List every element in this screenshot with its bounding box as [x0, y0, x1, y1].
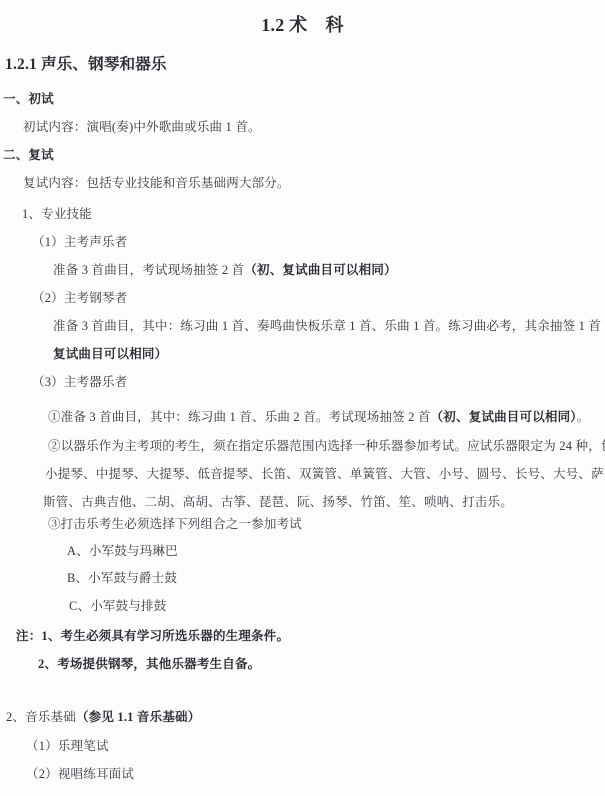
first-exam-content: 初试内容：演唱(奏)中外歌曲或乐曲 1 首。 [23, 119, 261, 135]
doc-text-segment: A、小军鼓与玛琳巴 [67, 544, 178, 558]
doc-text-segment: 初试内容：演唱(奏)中外歌曲或乐曲 1 首。 [23, 120, 261, 134]
doc-title: 1.2 术 科 [0, 14, 605, 36]
doc-text-segment: （1）主考声乐者 [32, 235, 127, 249]
doc-text-segment: （2）主考钢琴者 [32, 291, 127, 305]
foundation-ear-test: （2）视唱练耳面试 [26, 766, 134, 782]
doc-text-segment: ③打击乐考生必须选择下列组合之一参加考试 [48, 517, 302, 531]
doc-text-segment: B、小军鼓与爵士鼓 [67, 571, 177, 585]
doc-text-segment: 斯管、古典吉他、二胡、高胡、古筝、琵琶、阮、扬琴、竹笛、笙、唢呐、打击乐。 [43, 495, 513, 509]
doc-text-segment: 1.2.1 声乐、钢琴和器乐 [5, 56, 167, 73]
doc-text-segment: 准备 3 首曲目，其中：练习曲 1 首、奏鸣曲快板乐章 1 首、乐曲 1 首。练… [53, 319, 601, 333]
doc-text-segment: 复试内容：包括专业技能和音乐基础两大部分。 [23, 176, 290, 190]
item-music-foundation: 2、音乐基础（参见 1.1 音乐基础） [6, 709, 200, 725]
doc-text-segment: ①准备 3 首曲目，其中：练习曲 1 首、乐曲 2 首。考试现场抽签 2 首 [48, 410, 431, 424]
doc-text-segment: 一、初试 [3, 92, 54, 106]
doc-text-segment: 复试曲目可以相同） [53, 347, 167, 361]
doc-text-segment: （初、复试曲目可以相同） [431, 410, 577, 424]
doc-text-segment: 注：1、考生必须具有学习所选乐器的生理条件。 [16, 629, 289, 643]
item-piano: （2）主考钢琴者 [32, 290, 127, 306]
doc-text-segment: 。 [577, 410, 590, 424]
section-heading: 1.2.1 声乐、钢琴和器乐 [5, 55, 167, 75]
instrument-detail-2-line2: 小提琴、中提琴、大提琴、低音提琴、长笛、双簧管、单簧管、大管、小号、圆号、长号、… [45, 466, 605, 482]
doc-text-segment: 2、考场提供钢琴，其他乐器考生自备。 [38, 657, 260, 671]
instrument-detail-2-line3: 斯管、古典吉他、二胡、高胡、古筝、琵琶、阮、扬琴、竹笛、笙、唢呐、打击乐。 [43, 494, 513, 510]
instrument-detail-2-line1: ②以器乐作为主考项的考生，须在指定乐器范围内选择一种乐器参加考试。应试乐器限定为… [48, 438, 605, 454]
doc-text-segment: 准备 3 首曲目，考试现场抽签 2 首 [53, 263, 244, 277]
doc-text-segment: 1.2 术 科 [261, 15, 343, 35]
item-professional-skill: 1、专业技能 [22, 206, 92, 222]
document-page: 1.2 术 科1.2.1 声乐、钢琴和器乐一、初试初试内容：演唱(奏)中外歌曲或… [0, 0, 605, 796]
foundation-written-test: （1）乐理笔试 [26, 738, 109, 754]
doc-text-segment: 二、复试 [3, 148, 54, 162]
vocal-detail: 准备 3 首曲目，考试现场抽签 2 首（初、复试曲目可以相同） [53, 262, 397, 278]
doc-text-segment: ②以器乐作为主考项的考生，须在指定乐器范围内选择一种乐器参加考试。应试乐器限定为… [48, 439, 605, 453]
doc-text-segment: （2）视唱练耳面试 [26, 767, 134, 781]
doc-text-segment: C、小军鼓与排鼓 [69, 599, 166, 613]
instrument-detail-3: ③打击乐考生必须选择下列组合之一参加考试 [48, 516, 302, 532]
item-instrument: （3）主考器乐者 [32, 374, 127, 390]
note-2: 2、考场提供钢琴，其他乐器考生自备。 [38, 656, 260, 672]
piano-detail-line2: 复试曲目可以相同） [53, 346, 167, 362]
doc-text-segment: （3）主考器乐者 [32, 375, 127, 389]
percussion-option-a: A、小军鼓与玛琳巴 [67, 543, 178, 559]
second-exam-content: 复试内容：包括专业技能和音乐基础两大部分。 [23, 175, 290, 191]
doc-text-segment: （初、复试曲目可以相同） [244, 263, 396, 277]
doc-text-segment: （参见 1.1 音乐基础） [76, 710, 200, 724]
doc-text-segment: 1、专业技能 [22, 207, 92, 221]
piano-detail-line1: 准备 3 首曲目，其中：练习曲 1 首、奏鸣曲快板乐章 1 首、乐曲 1 首。练… [53, 318, 605, 334]
doc-text-segment: （1）乐理笔试 [26, 739, 109, 753]
percussion-option-b: B、小军鼓与爵士鼓 [67, 570, 177, 586]
doc-text-segment: 2、音乐基础 [6, 710, 76, 724]
percussion-option-c: C、小军鼓与排鼓 [69, 598, 166, 614]
doc-text-segment: （初、 [601, 319, 605, 333]
note-1: 注：1、考生必须具有学习所选乐器的生理条件。 [16, 628, 289, 644]
heading-second-exam: 二、复试 [3, 147, 54, 163]
heading-first-exam: 一、初试 [3, 91, 54, 107]
instrument-detail-1: ①准备 3 首曲目，其中：练习曲 1 首、乐曲 2 首。考试现场抽签 2 首（初… [48, 409, 589, 425]
doc-text-segment: 小提琴、中提琴、大提琴、低音提琴、长笛、双簧管、单簧管、大管、小号、圆号、长号、… [45, 467, 605, 481]
item-vocal: （1）主考声乐者 [32, 234, 127, 250]
